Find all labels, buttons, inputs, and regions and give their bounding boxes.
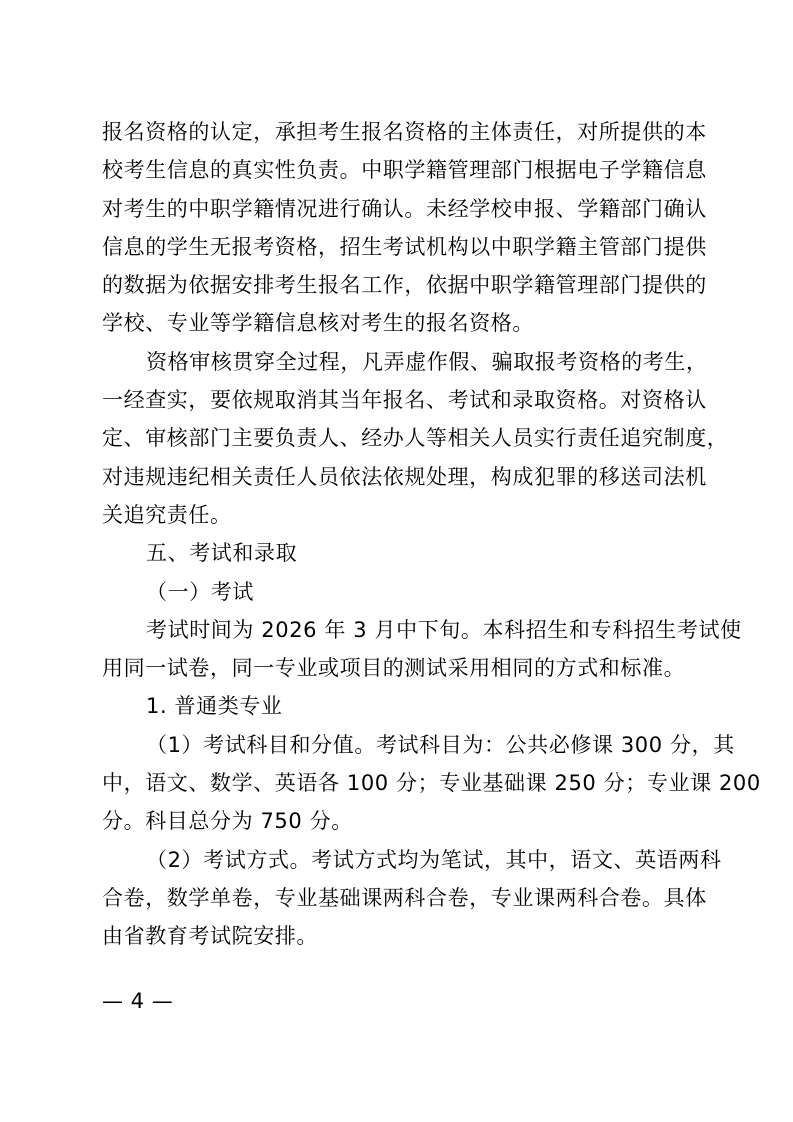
- paragraph-qualification-responsibility: 报名资格的认定，承担考生报名资格的主体责任，对所提供的本 校考生信息的真实性负责…: [102, 113, 700, 343]
- text-line: 由省教育考试院安排。: [102, 917, 700, 955]
- text-line: 中，语文、数学、英语各 100 分；专业基础课 250 分；专业课 200: [102, 764, 700, 802]
- text-line: 定、审核部门主要负责人、经办人等相关人员实行责任追究制度，: [102, 419, 700, 457]
- text-line: 报名资格的认定，承担考生报名资格的主体责任，对所提供的本: [102, 113, 700, 151]
- text-line: 对考生的中职学籍情况进行确认。未经学校申报、学籍部门确认: [102, 190, 700, 228]
- text-line: 考试时间为 2026 年 3 月中下旬。本科招生和专科招生考试使: [102, 611, 700, 649]
- paragraph-exam-subjects-scores: （1）考试科目和分值。考试科目为：公共必修课 300 分，其 中，语文、数学、英…: [102, 726, 700, 841]
- paragraph-exam-time: 考试时间为 2026 年 3 月中下旬。本科招生和专科招生考试使 用同一试卷，同…: [102, 611, 700, 688]
- text-line: 的数据为依据安排考生报名工作，依据中职学籍管理部门提供的: [102, 266, 700, 304]
- text-line: 信息的学生无报考资格，招生考试机构以中职学籍主管部门提供: [102, 228, 700, 266]
- page-number: — 4 —: [102, 988, 173, 1014]
- text-line: 分。科目总分为 750 分。: [102, 802, 700, 840]
- text-line: 校考生信息的真实性负责。中职学籍管理部门根据电子学籍信息: [102, 151, 700, 189]
- text-line: （1）考试科目和分值。考试科目为：公共必修课 300 分，其: [102, 726, 700, 764]
- text-line: 合卷，数学单卷，专业基础课两科合卷，专业课两科合卷。具体: [102, 879, 700, 917]
- text-line: 对违规违纪相关责任人员依法依规处理，构成犯罪的移送司法机: [102, 458, 700, 496]
- paragraph-exam-format: （2）考试方式。考试方式均为笔试，其中，语文、英语两科 合卷，数学单卷，专业基础…: [102, 841, 700, 956]
- text-line: 资格审核贯穿全过程，凡弄虚作假、骗取报考资格的考生，: [102, 343, 700, 381]
- text-line: 学校、专业等学籍信息核对考生的报名资格。: [102, 304, 700, 342]
- text-line: 关追究责任。: [102, 496, 700, 534]
- paragraph-qualification-review: 资格审核贯穿全过程，凡弄虚作假、骗取报考资格的考生， 一经查实，要依规取消其当年…: [102, 343, 700, 534]
- section-heading-exam-and-admission: 五、考试和录取: [102, 534, 700, 572]
- document-body: 报名资格的认定，承担考生报名资格的主体责任，对所提供的本 校考生信息的真实性负责…: [102, 113, 700, 956]
- text-line: （2）考试方式。考试方式均为笔试，其中，语文、英语两科: [102, 841, 700, 879]
- item-heading-general-majors: 1. 普通类专业: [102, 687, 700, 725]
- text-line: 用同一试卷，同一专业或项目的测试采用相同的方式和标准。: [102, 649, 700, 687]
- text-line: 一经查实，要依规取消其当年报名、考试和录取资格。对资格认: [102, 381, 700, 419]
- subsection-heading-exam: （一）考试: [102, 573, 700, 611]
